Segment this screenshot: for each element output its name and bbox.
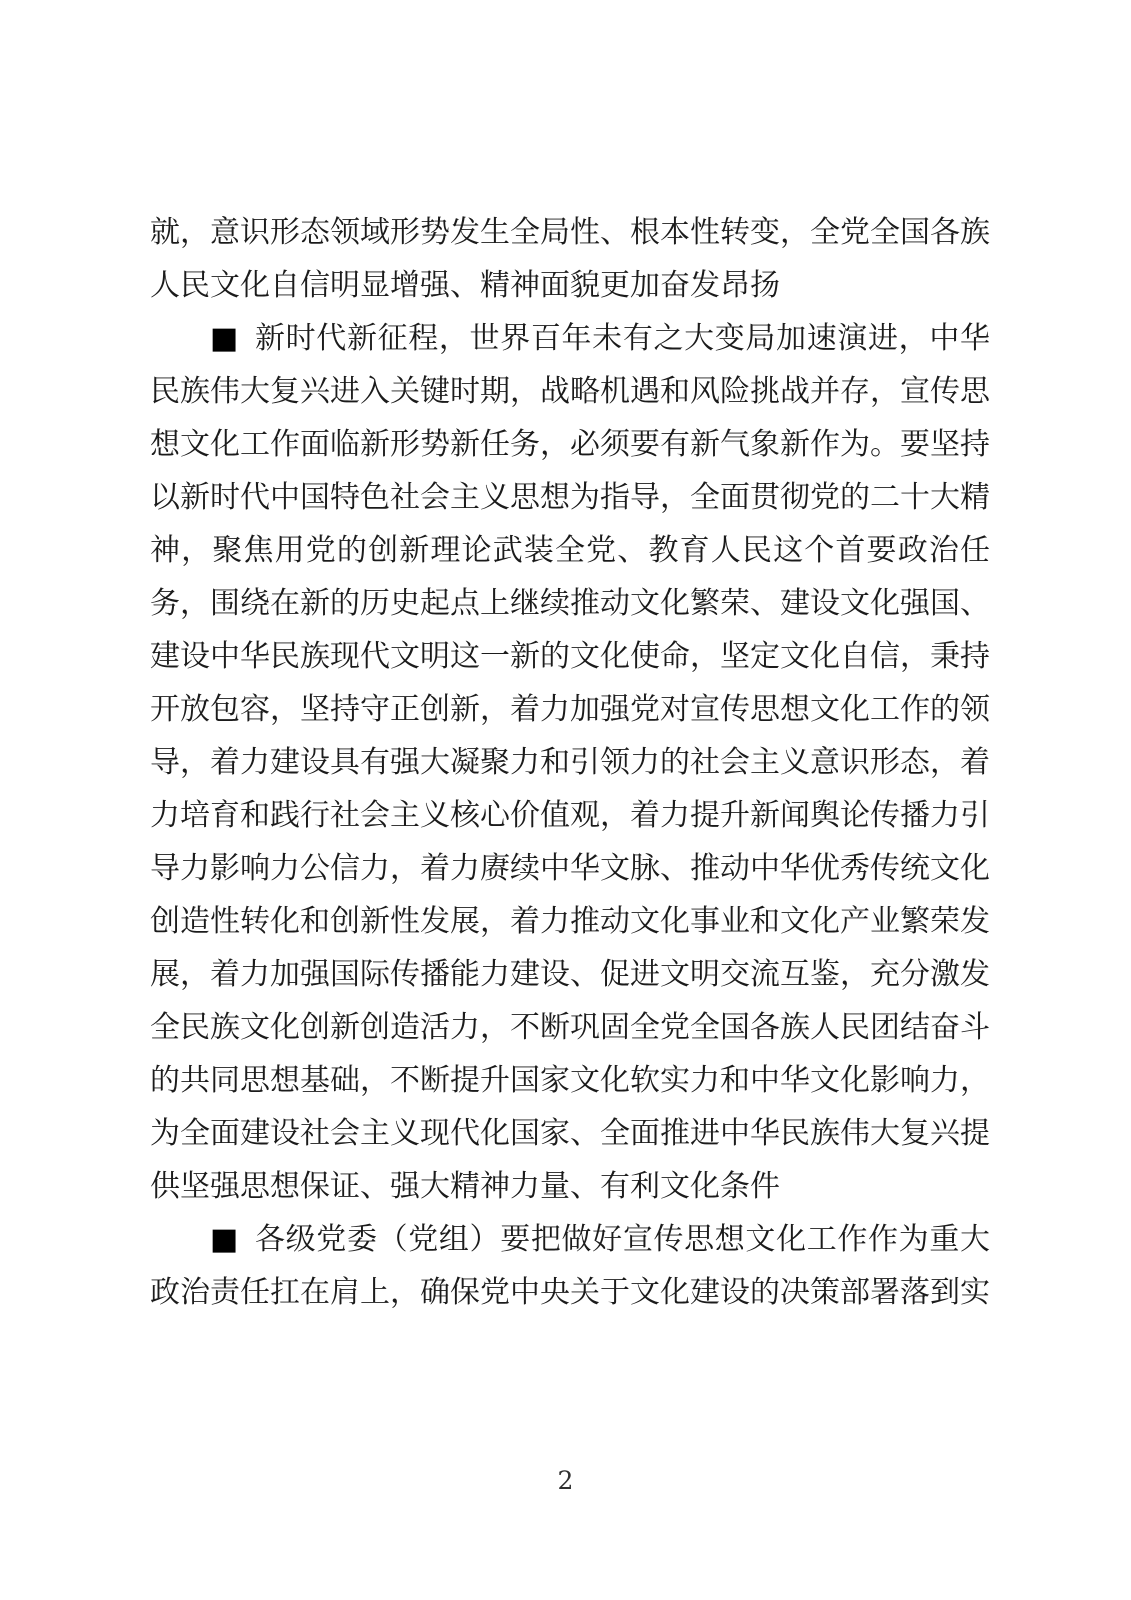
paragraph-bulleted-2: ■各级党委（党组）要把做好宣传思想文化工作作为重大政治责任扛在肩上，确保党中央关… [150,1213,990,1319]
page-number: 2 [0,1466,1131,1495]
paragraph-continuation: 就，意识形态领域形势发生全局性、根本性转变，全党全国各族人民文化自信明显增强、精… [150,206,990,312]
paragraph-text: 就，意识形态领域形势发生全局性、根本性转变，全党全国各族人民文化自信明显增强、精… [150,215,990,303]
document-page: 就，意识形态领域形势发生全局性、根本性转变，全党全国各族人民文化自信明显增强、精… [0,0,1131,1600]
bullet-square-icon: ■ [210,321,239,356]
paragraph-text: 新时代新征程，世界百年未有之大变局加速演进，中华民族伟大复兴进入关键时期，战略机… [150,321,990,1204]
paragraph-bulleted-1: ■新时代新征程，世界百年未有之大变局加速演进，中华民族伟大复兴进入关键时期，战略… [150,312,990,1213]
paragraph-text: 各级党委（党组）要把做好宣传思想文化工作作为重大政治责任扛在肩上，确保党中央关于… [150,1222,990,1310]
bullet-square-icon: ■ [210,1222,239,1257]
document-body: 就，意识形态领域形势发生全局性、根本性转变，全党全国各族人民文化自信明显增强、精… [150,206,990,1319]
